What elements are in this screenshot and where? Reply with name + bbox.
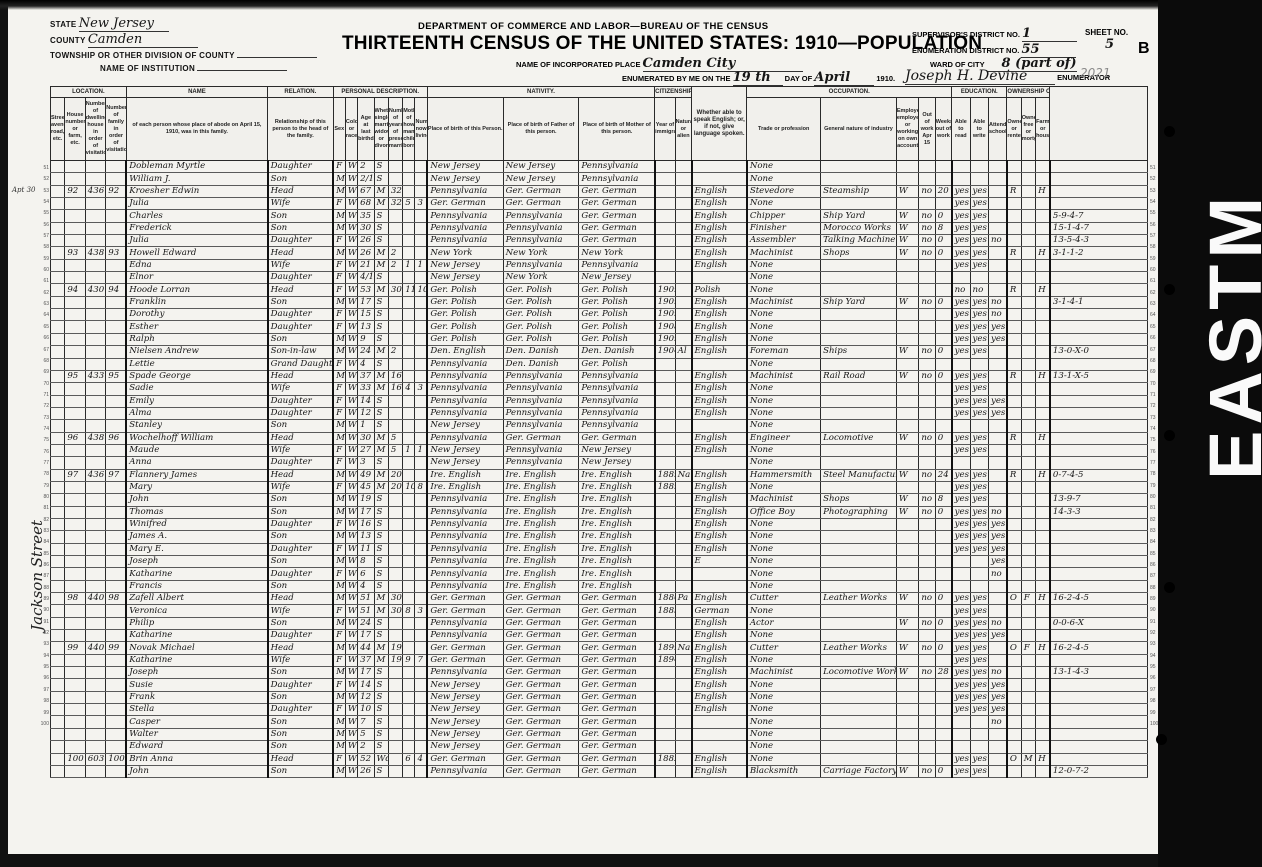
cell-owned-rented: R [1007, 185, 1021, 197]
cell-race: W [345, 210, 357, 222]
cell-person-name: Spade George [126, 370, 267, 382]
cell-weeks-out [935, 198, 951, 210]
cell-relationship: Son [268, 556, 334, 568]
cell-language: English [692, 407, 747, 419]
cell-out-of-work [919, 284, 935, 296]
cell-race: W [345, 346, 357, 358]
cell-sex: M [333, 346, 345, 358]
cell-employment-class [896, 654, 919, 666]
cell-language: English [692, 617, 747, 629]
cell-dwelling-number [85, 531, 105, 543]
cell-dwelling-number: 436 [85, 469, 105, 481]
cell-dwelling-number [85, 210, 105, 222]
cell-sex: F [333, 568, 345, 580]
cell-free-mortgaged [1021, 444, 1035, 456]
cell-race: W [345, 667, 357, 679]
table-row: RalphSonMW9SGer. PolishGer. PolishGer. P… [51, 333, 1148, 345]
cell-trade: Actor [747, 617, 821, 629]
cell-children-living [415, 235, 427, 247]
cell-free-mortgaged [1021, 481, 1035, 493]
cell-family-number [106, 210, 126, 222]
cell-relationship: Son [268, 222, 334, 234]
table-row: LettieGrand DaughterFW4SPennsylvaniaDen.… [51, 358, 1148, 370]
cell-relationship: Daughter [268, 235, 334, 247]
cell-relationship: Daughter [268, 161, 334, 173]
cell-immigration-year [655, 432, 675, 444]
cell-family-number [106, 765, 126, 777]
cell-dwelling-number [85, 679, 105, 691]
cell-naturalization [675, 296, 691, 308]
cell-out-of-work [919, 259, 935, 271]
cell-naturalization [675, 531, 691, 543]
cell-codes [1050, 704, 1148, 716]
cell-mother-birthplace: Pennsylvania [579, 407, 655, 419]
cell-age: 30 [358, 222, 374, 234]
table-row: JosephSonMW17SPennsylvaniaGer. GermanGer… [51, 667, 1148, 679]
cell-free-mortgaged: F [1021, 593, 1035, 605]
cell-naturalization [675, 605, 691, 617]
line-number: 85 [1150, 549, 1162, 560]
line-number: 84 [35, 537, 49, 548]
cell-father-birthplace: Pennsylvania [503, 444, 579, 456]
cell-house-number: 95 [65, 370, 85, 382]
cell-owned-rented [1007, 395, 1021, 407]
cell-relationship: Wife [268, 198, 334, 210]
line-number: 71 [1150, 390, 1162, 401]
cell-employment-class [896, 691, 919, 703]
cell-farm-house [1036, 765, 1050, 777]
cell-birthplace: Ger. Polish [427, 309, 503, 321]
cell-industry: Shops [821, 247, 897, 259]
cell-trade: Machinist [747, 247, 821, 259]
cell-free-mortgaged [1021, 420, 1035, 432]
table-row: JuliaWifeFW68M3253Ger. GermanGer. German… [51, 198, 1148, 210]
cell-family-number: 98 [106, 593, 126, 605]
cell-school [988, 222, 1006, 234]
state-value: New Jersey [79, 16, 169, 32]
cell-immigration-year [655, 691, 675, 703]
enumeration-label: ENUMERATION DISTRICT NO. [912, 46, 1019, 55]
cell-employment-class [896, 704, 919, 716]
cell-age: 37 [358, 370, 374, 382]
cell-language: Polish [692, 284, 747, 296]
cell-school: no [988, 235, 1006, 247]
cell-relationship: Son-in-law [268, 346, 334, 358]
cell-birthplace: Pennsylvania [427, 210, 503, 222]
cell-house-number [65, 765, 85, 777]
cell-weeks-out [935, 556, 951, 568]
cell-owned-rented [1007, 161, 1021, 173]
cell-industry: Rail Road [821, 370, 897, 382]
cell-marital-status: M [374, 259, 388, 271]
line-number: 79 [35, 481, 49, 492]
group-personal: PERSONAL DESCRIPTION. [333, 87, 427, 98]
cell-immigration-year [655, 272, 675, 284]
table-row: SusieDaughterFW14SNew JerseyGer. GermanG… [51, 679, 1148, 691]
cell-mother-birthplace: Ger. German [579, 235, 655, 247]
cell-street [51, 704, 65, 716]
cell-marital-status: S [374, 580, 388, 592]
cell-can-read: yes [952, 765, 970, 777]
cell-relationship: Son [268, 691, 334, 703]
cell-mother-birthplace: Ger. German [579, 210, 655, 222]
cell-dwelling-number [85, 198, 105, 210]
cell-codes [1050, 630, 1148, 642]
cell-codes [1050, 284, 1148, 296]
cell-weeks-out [935, 630, 951, 642]
cell-person-name: Joseph [126, 556, 267, 568]
district-block: SUPERVISOR'S DISTRICT NO. 1 ENUMERATION … [912, 26, 1077, 58]
group-language: Whether able to speak English; or, if no… [692, 87, 747, 161]
cell-school [988, 765, 1006, 777]
col-2-header: House number or farm, etc. [65, 98, 85, 161]
line-number: 75 [35, 435, 49, 446]
cell-family-number [106, 654, 126, 666]
cell-children-born [403, 617, 415, 629]
cell-language: English [692, 346, 747, 358]
cell-weeks-out [935, 333, 951, 345]
line-number: 58 [1150, 242, 1162, 253]
cell-years-married [388, 506, 402, 518]
cell-children-living [415, 222, 427, 234]
cell-marital-status: S [374, 630, 388, 642]
cell-immigration-year [655, 395, 675, 407]
cell-birthplace: Pennsylvania [427, 543, 503, 555]
group-education: EDUCATION. [952, 87, 1007, 98]
cell-years-married [388, 333, 402, 345]
cell-age: 13 [358, 531, 374, 543]
cell-age: 4 [358, 580, 374, 592]
cell-age: 68 [358, 198, 374, 210]
cell-immigration-year [655, 667, 675, 679]
cell-father-birthplace: Ger. German [503, 185, 579, 197]
cell-immigration-year: 1909 [655, 333, 675, 345]
cell-farm-house [1036, 346, 1050, 358]
cell-marital-status: M [374, 383, 388, 395]
group-relation: RELATION. [268, 87, 334, 98]
cell-race: W [345, 494, 357, 506]
line-number: 51 [35, 163, 49, 174]
cell-can-read [952, 568, 970, 580]
cell-age: 11 [358, 543, 374, 555]
cell-street [51, 222, 65, 234]
cell-age: 53 [358, 284, 374, 296]
cell-weeks-out: 0 [935, 210, 951, 222]
cell-race: W [345, 531, 357, 543]
cell-codes: 15-1-4-7 [1050, 222, 1148, 234]
line-number: 81 [35, 503, 49, 514]
cell-out-of-work: no [919, 617, 935, 629]
cell-trade: Machinist [747, 370, 821, 382]
cell-language: English [692, 383, 747, 395]
cell-trade: None [747, 580, 821, 592]
cell-industry [821, 444, 897, 456]
cell-race: W [345, 765, 357, 777]
cell-farm-house [1036, 444, 1050, 456]
cell-birthplace: New Jersey [427, 457, 503, 469]
cell-can-read [952, 741, 970, 753]
cell-employment-class [896, 531, 919, 543]
cell-out-of-work [919, 272, 935, 284]
line-number: 57 [1150, 231, 1162, 242]
cell-sex: F [333, 161, 345, 173]
cell-trade: None [747, 161, 821, 173]
cell-farm-house [1036, 235, 1050, 247]
cell-house-number [65, 605, 85, 617]
cell-race: W [345, 704, 357, 716]
line-number: 99 [35, 708, 49, 719]
line-number: 81 [1150, 503, 1162, 514]
cell-trade: None [747, 272, 821, 284]
cell-family-number [106, 395, 126, 407]
line-number: 52 [1150, 174, 1162, 185]
cell-naturalization [675, 259, 691, 271]
cell-marital-status: S [374, 679, 388, 691]
cell-school [988, 728, 1006, 740]
cell-out-of-work: no [919, 370, 935, 382]
line-number: 96 [1150, 673, 1162, 684]
cell-can-read [952, 716, 970, 728]
cell-owned-rented [1007, 568, 1021, 580]
cell-immigration-year [655, 210, 675, 222]
cell-can-write: yes [970, 346, 988, 358]
cell-dwelling-number: 436 [85, 185, 105, 197]
cell-family-number [106, 667, 126, 679]
cell-birthplace: Pennsylvania [427, 518, 503, 530]
cell-family-number [106, 556, 126, 568]
cell-children-living [415, 716, 427, 728]
cell-age: 4 [358, 358, 374, 370]
cell-family-number [106, 494, 126, 506]
cell-house-number [65, 358, 85, 370]
cell-children-born [403, 580, 415, 592]
line-number: 54 [35, 197, 49, 208]
cell-person-name: Veronica [126, 605, 267, 617]
cell-age: 15 [358, 309, 374, 321]
cell-mother-birthplace: Ire. English [579, 543, 655, 555]
cell-age: 24 [358, 617, 374, 629]
cell-employment-class: W [896, 506, 919, 518]
cell-street [51, 370, 65, 382]
cell-farm-house [1036, 556, 1050, 568]
cell-mother-birthplace: Pennsylvania [579, 173, 655, 185]
cell-children-born: 10 [403, 481, 415, 493]
cell-house-number [65, 679, 85, 691]
cell-farm-house [1036, 272, 1050, 284]
table-row: EdwardSonMW2SNew JerseyGer. GermanGer. G… [51, 741, 1148, 753]
cell-children-born [403, 469, 415, 481]
cell-codes [1050, 309, 1148, 321]
cell-house-number [65, 222, 85, 234]
table-row: JohnSonMW26SPennsylvaniaGer. GermanGer. … [51, 765, 1148, 777]
cell-sex: F [333, 457, 345, 469]
cell-school [988, 580, 1006, 592]
cell-person-name: Franklin [126, 296, 267, 308]
cell-farm-house [1036, 654, 1050, 666]
cell-person-name: Katharine [126, 568, 267, 580]
cell-sex: F [333, 679, 345, 691]
line-number: 83 [1150, 526, 1162, 537]
cell-language: English [692, 185, 747, 197]
cell-father-birthplace: Pennsylvania [503, 407, 579, 419]
line-number: 55 [1150, 208, 1162, 219]
cell-school: yes [988, 407, 1006, 419]
cell-language: English [692, 432, 747, 444]
cell-person-name: Kroesher Edwin [126, 185, 267, 197]
cell-birthplace: Pennsylvania [427, 531, 503, 543]
cell-age: 30 [358, 432, 374, 444]
cell-children-living [415, 173, 427, 185]
cell-street [51, 198, 65, 210]
cell-father-birthplace: Ger. German [503, 630, 579, 642]
cell-codes: 3-1-4-1 [1050, 296, 1148, 308]
cell-years-married [388, 173, 402, 185]
enumerated-month: April [814, 70, 874, 86]
cell-can-read [952, 457, 970, 469]
cell-language [692, 173, 747, 185]
cell-age: 37 [358, 654, 374, 666]
cell-codes: 14-3-3 [1050, 506, 1148, 518]
cell-trade: None [747, 679, 821, 691]
cell-farm-house: H [1036, 185, 1050, 197]
line-number: 80 [35, 492, 49, 503]
cell-family-number [106, 457, 126, 469]
line-number: 92 [1150, 628, 1162, 639]
cell-birthplace: Pennsylvania [427, 432, 503, 444]
cell-language: English [692, 444, 747, 456]
table-row: 9343893Howell EdwardHeadMW26M2New YorkNe… [51, 247, 1148, 259]
cell-children-living [415, 358, 427, 370]
cell-family-number [106, 444, 126, 456]
cell-codes [1050, 753, 1148, 765]
cell-owned-rented [1007, 716, 1021, 728]
cell-immigration-year [655, 198, 675, 210]
cell-out-of-work [919, 679, 935, 691]
cell-relationship: Wife [268, 259, 334, 271]
cell-dwelling-number [85, 259, 105, 271]
cell-father-birthplace: Pennsylvania [503, 222, 579, 234]
cell-can-read: yes [952, 654, 970, 666]
cell-father-birthplace: Ger. Polish [503, 333, 579, 345]
cell-age: 1 [358, 420, 374, 432]
cell-owned-rented [1007, 543, 1021, 555]
cell-school [988, 173, 1006, 185]
cell-employment-class [896, 358, 919, 370]
cell-out-of-work [919, 383, 935, 395]
cell-employment-class [896, 679, 919, 691]
cell-codes [1050, 728, 1148, 740]
cell-dwelling-number [85, 407, 105, 419]
cell-person-name: Lettie [126, 358, 267, 370]
cell-free-mortgaged [1021, 358, 1035, 370]
line-number: 66 [35, 333, 49, 344]
cell-years-married [388, 716, 402, 728]
cell-can-write: yes [970, 642, 988, 654]
cell-years-married [388, 765, 402, 777]
cell-school [988, 370, 1006, 382]
cell-codes: 5-9-4-7 [1050, 210, 1148, 222]
cell-farm-house: H [1036, 642, 1050, 654]
cell-race: W [345, 605, 357, 617]
cell-person-name: John [126, 765, 267, 777]
cell-naturalization [675, 235, 691, 247]
cell-employment-class [896, 272, 919, 284]
cell-industry: Talking Machine Co [821, 235, 897, 247]
cell-years-married: 19 [388, 642, 402, 654]
cell-can-write: yes [970, 617, 988, 629]
line-number: 61 [35, 276, 49, 287]
line-numbers-right: 5152535455565758596061626364656667686970… [1150, 163, 1162, 730]
cell-birthplace: Pennsylvania [427, 580, 503, 592]
cell-language: English [692, 321, 747, 333]
cell-can-write: yes [970, 531, 988, 543]
cell-mother-birthplace: Ger. German [579, 185, 655, 197]
cell-trade: None [747, 284, 821, 296]
cell-immigration-year [655, 580, 675, 592]
cell-weeks-out [935, 605, 951, 617]
cell-weeks-out: 0 [935, 235, 951, 247]
cell-can-write: yes [970, 481, 988, 493]
cell-employment-class: W [896, 222, 919, 234]
cell-out-of-work: no [919, 346, 935, 358]
cell-street [51, 593, 65, 605]
cell-naturalization [675, 407, 691, 419]
cell-school [988, 346, 1006, 358]
cell-employment-class [896, 630, 919, 642]
line-number: 60 [35, 265, 49, 276]
cell-marital-status: S [374, 716, 388, 728]
cell-street [51, 173, 65, 185]
cell-marital-status: S [374, 358, 388, 370]
col-5-header: of each person whose place of abode on A… [126, 98, 267, 161]
cell-school [988, 642, 1006, 654]
cell-relationship: Daughter [268, 630, 334, 642]
cell-sex: F [333, 654, 345, 666]
cell-sex: M [333, 173, 345, 185]
col-10-header: Whether single, married, widowed, or div… [374, 98, 388, 161]
cell-dwelling-number [85, 704, 105, 716]
cell-years-married: 16 [388, 383, 402, 395]
line-number: 79 [1150, 481, 1162, 492]
cell-immigration-year: 1899 [655, 642, 675, 654]
cell-years-married [388, 420, 402, 432]
cell-weeks-out [935, 543, 951, 555]
cell-marital-status: S [374, 667, 388, 679]
cell-free-mortgaged [1021, 333, 1035, 345]
table-row: KatharineDaughterFW6SPennsylvaniaIre. En… [51, 568, 1148, 580]
cell-sex: F [333, 272, 345, 284]
cell-children-living [415, 321, 427, 333]
cell-employment-class [896, 309, 919, 321]
cell-trade: None [747, 654, 821, 666]
line-number: 68 [1150, 356, 1162, 367]
cell-birthplace: Pennsylvania [427, 765, 503, 777]
cell-children-born [403, 296, 415, 308]
cell-birthplace: Pennsylvania [427, 222, 503, 234]
binding-hole [1164, 284, 1175, 295]
cell-immigration-year [655, 728, 675, 740]
cell-house-number [65, 420, 85, 432]
table-row: 9443094Hoode LorranHeadFW53M301110Ger. P… [51, 284, 1148, 296]
cell-street [51, 235, 65, 247]
cell-naturalization [675, 753, 691, 765]
cell-owned-rented [1007, 210, 1021, 222]
cell-codes [1050, 173, 1148, 185]
cell-farm-house [1036, 605, 1050, 617]
cell-children-living [415, 210, 427, 222]
cell-immigration-year [655, 741, 675, 753]
cell-can-write: yes [970, 630, 988, 642]
